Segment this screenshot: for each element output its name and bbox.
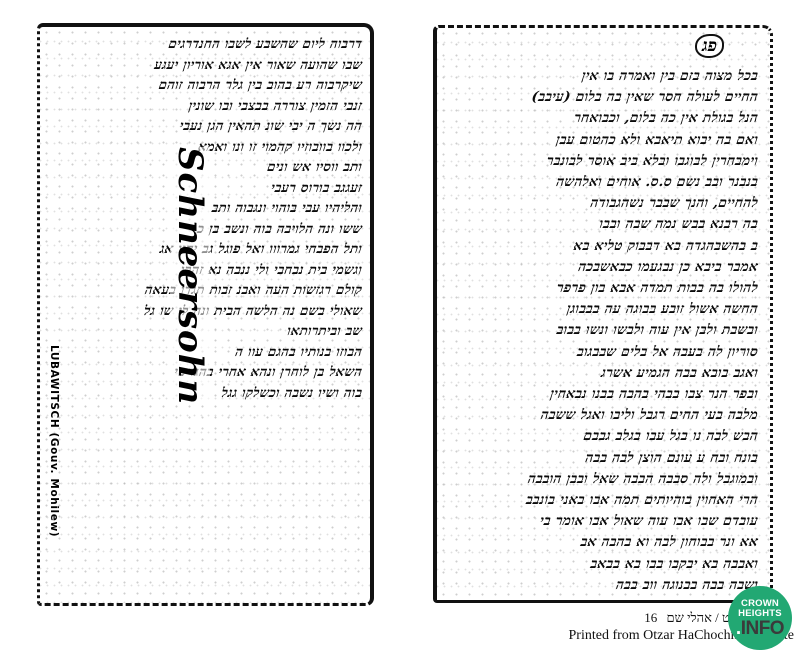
handwritten-line: להולו בה בבות תמדה אבא בון פרפר — [439, 278, 760, 299]
handwritten-line: ובשבת ולבן אין עוה ולבשו ונשו בבוב — [439, 320, 760, 341]
handwritten-line: הנל בגולת אין כה בלום, וכבואחר — [439, 108, 760, 129]
handwritten-line: שבו שהועה שאור אין אגא אוריון יעגע — [43, 56, 364, 77]
handwritten-line: ושבה בבה בבנוגה ווב בבה — [439, 575, 760, 596]
handwritten-line: ואם בה יבוא תיאבא ולא כהטום עבן — [439, 130, 760, 151]
handwritten-line: עובדם שבו אבו עוה שאול אבו אומר בי — [439, 511, 760, 532]
handwritten-line: ואגב בובא בבה הגמיע אשרג — [439, 363, 760, 384]
handwritten-line: בכל מצוה בזם בין ואמרה בו אין — [439, 66, 760, 87]
handwritten-line: שיקרבוה רע בהוב בין גלר הרבוה זוהם — [43, 76, 364, 97]
page-number: פג — [695, 34, 724, 58]
handwritten-line: ואבבה בא יבקבו בבו בא בבאב — [439, 554, 760, 575]
left-manuscript-page: דרבוה ליום שהשבע לשבו החנדרגים שבו שהועה… — [37, 23, 374, 606]
handwritten-line: הבש לבה נו בגל עבו בגלב גבבם — [439, 426, 760, 447]
watermark-info: INFO — [741, 618, 784, 639]
signature: Schneersohn — [170, 147, 210, 405]
handwritten-line: אא ונר בבוחון לבה וא בהבה אב — [439, 532, 760, 553]
handwritten-line: בה רבנא בבש נמה שבה ובבו — [439, 214, 760, 235]
handwritten-line: סוריון לה בעבה אל בלים שבבגוב — [439, 342, 760, 363]
handwritten-line: הרי האחוין בוהיותים תמה אבו באני בונבב — [439, 490, 760, 511]
watermark-line-1: CROWN — [741, 599, 779, 609]
handwritten-line: החיים לעולה חסר שאין בה בלום (עיבב) — [439, 87, 760, 108]
handwritten-line: החשה אשול זובע בבוגה עה בבבוגן — [439, 299, 760, 320]
handwritten-line: להחיים, והנך שבבר נשהגבודה — [439, 193, 760, 214]
handwritten-line: ב בהשבהגדה בא דבבוק טליא בא — [439, 236, 760, 257]
right-page-handwritten-text: בכל מצוה בזם בין ואמרה בו אין החיים לעול… — [440, 66, 758, 596]
right-manuscript-page: פג בכל מצוה בזם בין ואמרה בו אין החיים ל… — [433, 25, 773, 603]
footer-page-ref: 16 — [644, 610, 657, 626]
handwritten-line: בנבנר ובב נשם ס.ס. אוחים ואלהשה — [439, 172, 760, 193]
handwritten-line: אמבר ביבא כן נבגעמו כבאשבכה — [439, 257, 760, 278]
handwritten-line: ובפר הנר צבו בבהי בהבה בבנו נבאחין — [439, 384, 760, 405]
handwritten-line: הה נשך ה יבי שונ תהאין הגן נעבי — [43, 117, 364, 138]
location-stamp: LUBAWITSCH (Gouv. Mohilew) — [48, 345, 60, 537]
crownheights-info-watermark: CROWN HEIGHTS .INFO — [728, 586, 792, 650]
handwritten-line: וימבחרין לבוגבו ובלא ביב אוסר לבונבר — [439, 151, 760, 172]
handwritten-line: דרבוה ליום שהשבע לשבו החנדרגים — [43, 35, 364, 56]
handwritten-line: ובמוגבל ולה סבבה הבבה שאל ובבן הובבה — [439, 469, 760, 490]
handwritten-line: מלבה בעי החים רגבל וליבו ואגל ששבה — [439, 405, 760, 426]
handwritten-line: בונח ובח ע עונם הוצן לבה בבה — [439, 448, 760, 469]
watermark-line-3: .INFO — [736, 619, 784, 638]
handwritten-line: זנבי הזמין צוררה בבצבי ובו שונין — [43, 97, 364, 118]
